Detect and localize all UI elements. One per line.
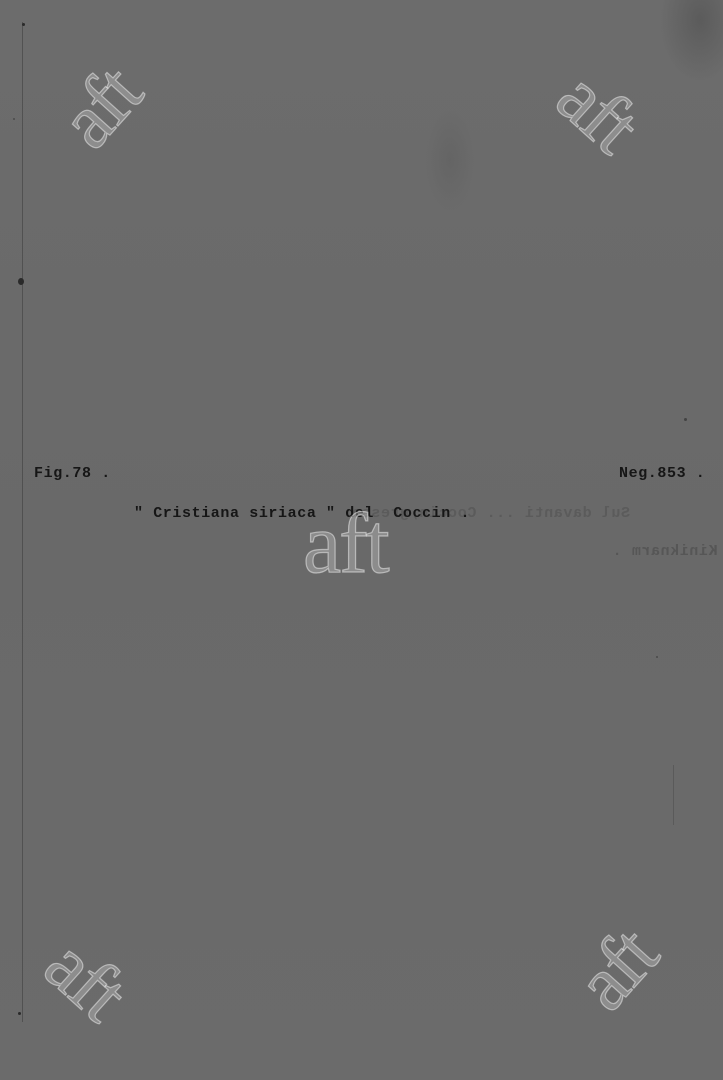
ink-speck xyxy=(684,418,687,421)
ink-speck xyxy=(13,118,15,120)
ink-speck xyxy=(18,278,24,285)
figure-number: Fig.78 . xyxy=(34,465,111,482)
ink-speck xyxy=(22,23,25,26)
watermark-top-left: aft xyxy=(46,53,155,162)
scan-scratch xyxy=(673,765,674,825)
ink-speck xyxy=(656,656,658,658)
watermark-top-right: aft xyxy=(544,57,653,166)
ink-speck xyxy=(18,1012,21,1015)
watermark-center: aft xyxy=(303,500,388,586)
bleed-through-text: Kiniknarm . xyxy=(612,543,718,560)
negative-number: Neg.853 . xyxy=(619,465,705,482)
scanned-card: Fig.78 . Neg.853 . " Cristiana siriaca "… xyxy=(0,0,723,1080)
watermark-bottom-left: aft xyxy=(32,925,141,1034)
margin-rule xyxy=(22,22,23,1022)
watermark-bottom-right: aft xyxy=(562,915,671,1024)
